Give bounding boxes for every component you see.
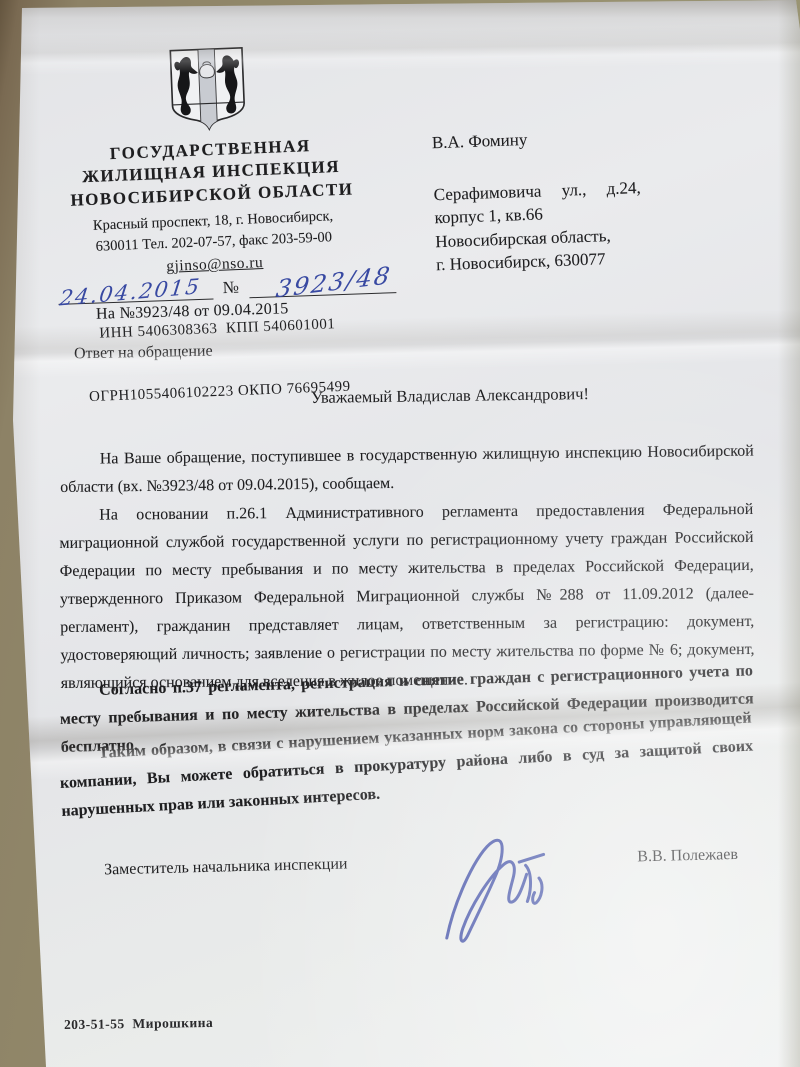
- signer-name: В.В. Полежаев: [637, 846, 754, 867]
- recipient-name: В.А. Фомину: [432, 123, 733, 153]
- subject-line: Ответ на обращение: [74, 343, 213, 364]
- body-paragraph-1: На Ваше обращение, поступившее в государ…: [60, 438, 755, 502]
- number-blank-line: 3923/48: [248, 264, 396, 298]
- photo-of-letter: ГОСУДАРСТВЕННАЯ ЖИЛИЩНАЯ ИНСПЕКЦИЯ НОВОС…: [0, 0, 800, 1067]
- novosibirsk-oblast-coat-of-arms-icon: [166, 45, 250, 139]
- number-sign-label: №: [222, 278, 239, 300]
- signer-title: Заместитель начальника инспекции: [60, 855, 348, 880]
- letter-sheet: ГОСУДАРСТВЕННАЯ ЖИЛИЩНАЯ ИНСПЕКЦИЯ НОВОС…: [0, 0, 800, 1067]
- recipient-block: В.А. Фомину Серафимовича ул., д.24, корп…: [432, 123, 737, 277]
- executor-footer: 203-51-55 Мирошкина: [64, 1015, 213, 1033]
- date-blank-line: 24.04.2015: [58, 271, 213, 305]
- handwritten-signature-icon: [426, 825, 577, 954]
- signature-row: Заместитель начальника инспекции В.В. По…: [60, 846, 754, 881]
